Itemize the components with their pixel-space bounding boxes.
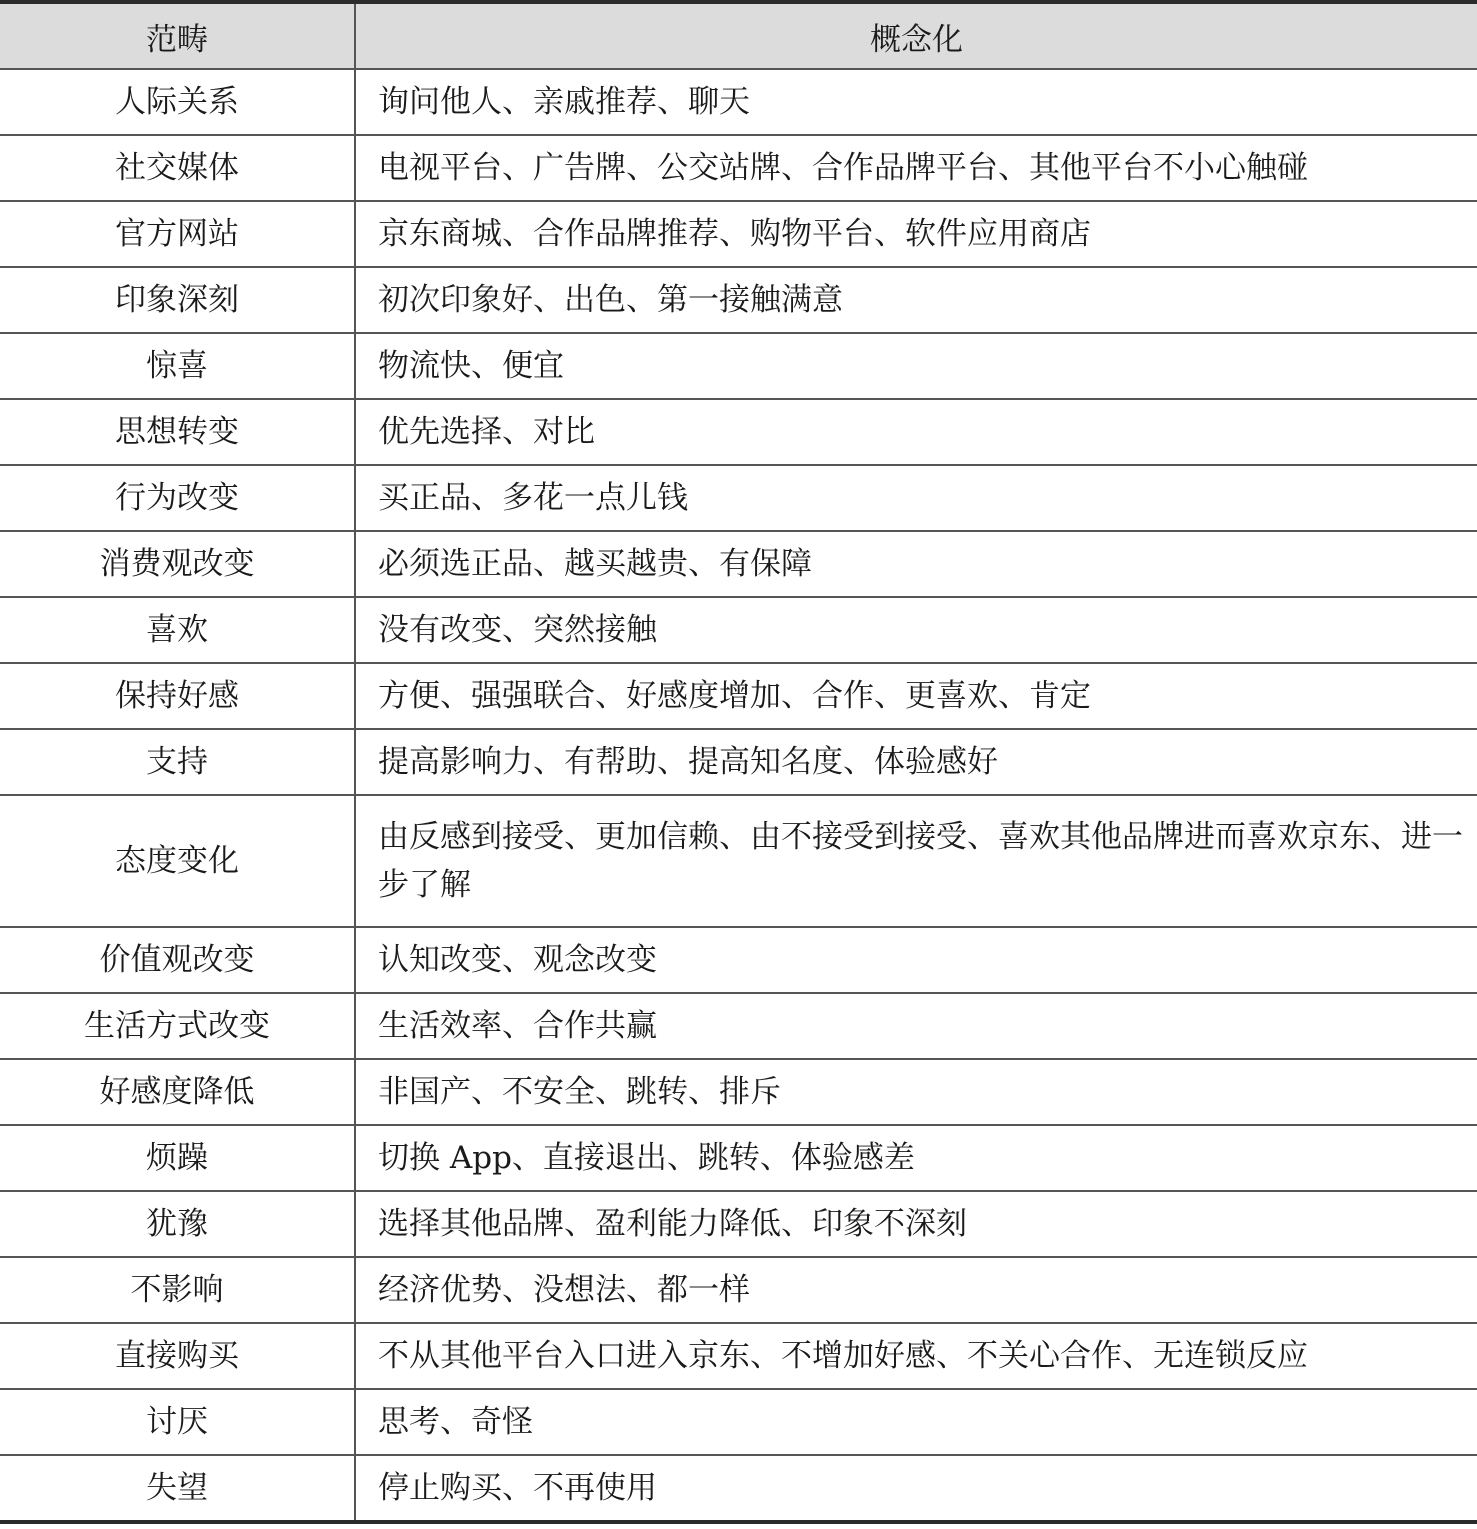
category-cell: 不影响 (0, 1257, 355, 1323)
concepts-cell: 切换 App、直接退出、跳转、体验感差 (355, 1125, 1477, 1191)
table-row: 印象深刻初次印象好、出色、第一接触满意 (0, 267, 1477, 333)
category-cell: 直接购买 (0, 1323, 355, 1389)
table-row: 讨厌思考、奇怪 (0, 1389, 1477, 1455)
category-cell: 态度变化 (0, 795, 355, 927)
concepts-cell: 停止购买、不再使用 (355, 1455, 1477, 1522)
header-category: 范畴 (0, 2, 355, 69)
table-row: 人际关系询问他人、亲戚推荐、聊天 (0, 69, 1477, 135)
category-cell: 保持好感 (0, 663, 355, 729)
table-row: 直接购买不从其他平台入口进入京东、不增加好感、不关心合作、无连锁反应 (0, 1323, 1477, 1389)
table-row: 消费观改变必须选正品、越买越贵、有保障 (0, 531, 1477, 597)
table-row: 惊喜物流快、便宜 (0, 333, 1477, 399)
concepts-cell: 认知改变、观念改变 (355, 927, 1477, 993)
category-cell: 烦躁 (0, 1125, 355, 1191)
table-row: 态度变化由反感到接受、更加信赖、由不接受到接受、喜欢其他品牌进而喜欢京东、进一步… (0, 795, 1477, 927)
category-cell: 社交媒体 (0, 135, 355, 201)
table-body: 人际关系询问他人、亲戚推荐、聊天社交媒体电视平台、广告牌、公交站牌、合作品牌平台… (0, 69, 1477, 1522)
category-cell: 惊喜 (0, 333, 355, 399)
table-header: 范畴 概念化 (0, 2, 1477, 69)
concepts-cell: 非国产、不安全、跳转、排斥 (355, 1059, 1477, 1125)
category-cell: 失望 (0, 1455, 355, 1522)
concepts-cell: 选择其他品牌、盈利能力降低、印象不深刻 (355, 1191, 1477, 1257)
concepts-cell: 方便、强强联合、好感度增加、合作、更喜欢、肯定 (355, 663, 1477, 729)
concepts-cell: 买正品、多花一点儿钱 (355, 465, 1477, 531)
table-row: 思想转变优先选择、对比 (0, 399, 1477, 465)
category-cell: 生活方式改变 (0, 993, 355, 1059)
concepts-cell: 询问他人、亲戚推荐、聊天 (355, 69, 1477, 135)
category-cell: 人际关系 (0, 69, 355, 135)
category-cell: 行为改变 (0, 465, 355, 531)
table-row: 支持提高影响力、有帮助、提高知名度、体验感好 (0, 729, 1477, 795)
concepts-cell: 经济优势、没想法、都一样 (355, 1257, 1477, 1323)
table-row: 烦躁切换 App、直接退出、跳转、体验感差 (0, 1125, 1477, 1191)
header-concepts: 概念化 (355, 2, 1477, 69)
concepts-cell: 优先选择、对比 (355, 399, 1477, 465)
header-row: 范畴 概念化 (0, 2, 1477, 69)
concepts-cell: 物流快、便宜 (355, 333, 1477, 399)
category-cell: 支持 (0, 729, 355, 795)
table-row: 生活方式改变生活效率、合作共赢 (0, 993, 1477, 1059)
concepts-cell: 没有改变、突然接触 (355, 597, 1477, 663)
concepts-cell: 由反感到接受、更加信赖、由不接受到接受、喜欢其他品牌进而喜欢京东、进一步了解 (355, 795, 1477, 927)
table-row: 价值观改变认知改变、观念改变 (0, 927, 1477, 993)
table-row: 喜欢没有改变、突然接触 (0, 597, 1477, 663)
category-cell: 讨厌 (0, 1389, 355, 1455)
concepts-cell: 初次印象好、出色、第一接触满意 (355, 267, 1477, 333)
category-cell: 喜欢 (0, 597, 355, 663)
table-row: 犹豫选择其他品牌、盈利能力降低、印象不深刻 (0, 1191, 1477, 1257)
category-concept-table: 范畴 概念化 人际关系询问他人、亲戚推荐、聊天社交媒体电视平台、广告牌、公交站牌… (0, 0, 1477, 1524)
concepts-cell: 思考、奇怪 (355, 1389, 1477, 1455)
category-cell: 官方网站 (0, 201, 355, 267)
category-cell: 犹豫 (0, 1191, 355, 1257)
table-row: 失望停止购买、不再使用 (0, 1455, 1477, 1522)
category-cell: 好感度降低 (0, 1059, 355, 1125)
category-cell: 消费观改变 (0, 531, 355, 597)
concepts-cell: 生活效率、合作共赢 (355, 993, 1477, 1059)
table-row: 社交媒体电视平台、广告牌、公交站牌、合作品牌平台、其他平台不小心触碰 (0, 135, 1477, 201)
table-row: 不影响经济优势、没想法、都一样 (0, 1257, 1477, 1323)
table-row: 行为改变买正品、多花一点儿钱 (0, 465, 1477, 531)
concepts-cell: 提高影响力、有帮助、提高知名度、体验感好 (355, 729, 1477, 795)
category-cell: 思想转变 (0, 399, 355, 465)
concepts-cell: 不从其他平台入口进入京东、不增加好感、不关心合作、无连锁反应 (355, 1323, 1477, 1389)
table-row: 保持好感方便、强强联合、好感度增加、合作、更喜欢、肯定 (0, 663, 1477, 729)
concepts-cell: 必须选正品、越买越贵、有保障 (355, 531, 1477, 597)
table-row: 好感度降低非国产、不安全、跳转、排斥 (0, 1059, 1477, 1125)
concepts-cell: 电视平台、广告牌、公交站牌、合作品牌平台、其他平台不小心触碰 (355, 135, 1477, 201)
category-cell: 印象深刻 (0, 267, 355, 333)
category-cell: 价值观改变 (0, 927, 355, 993)
concepts-cell: 京东商城、合作品牌推荐、购物平台、软件应用商店 (355, 201, 1477, 267)
table-row: 官方网站京东商城、合作品牌推荐、购物平台、软件应用商店 (0, 201, 1477, 267)
